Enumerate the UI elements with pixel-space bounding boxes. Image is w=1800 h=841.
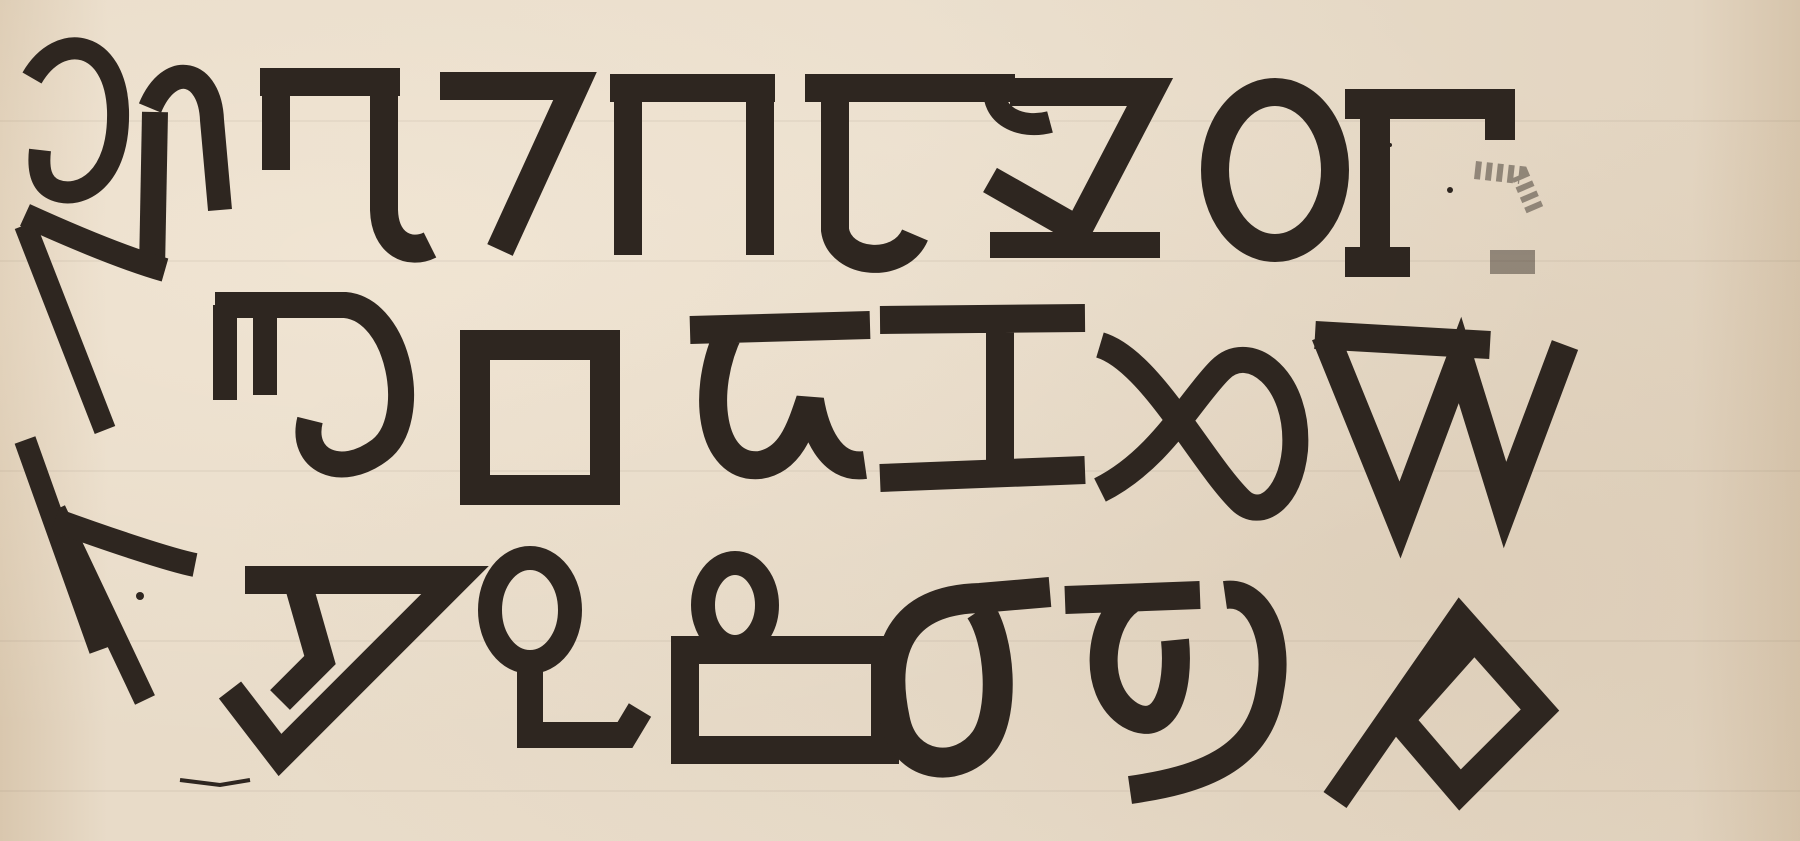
glyph-plate: [0, 0, 1800, 841]
glyph-reversed-c-hook: [32, 48, 118, 192]
glyph-tau-bar: [880, 318, 1085, 478]
glyph-inverted-w: [1315, 335, 1565, 520]
glyph-pi: [610, 86, 775, 255]
glyph-ankh-l: [490, 558, 640, 735]
glyph-double-chevron: [25, 440, 195, 700]
glyph-seven: [440, 86, 575, 250]
glyph-faded-fragment: [1475, 170, 1535, 262]
glyph-nested-triangle: [230, 580, 455, 755]
glyph-gamma-hook: [260, 80, 430, 249]
glyph-omicron: [1215, 92, 1335, 248]
parchment-page: [0, 0, 1800, 841]
glyph-loop-cross: [1335, 620, 1540, 800]
glyph-square: [475, 345, 605, 490]
glyph-comb-spiral: [215, 305, 401, 464]
glyph-sigma: [890, 592, 1050, 763]
glyph-omega-bar: [690, 325, 870, 465]
glyph-sigma-loop: [1065, 595, 1273, 790]
glyph-n-with-tail: [150, 77, 220, 270]
glyph-gamma: [1345, 102, 1500, 262]
glyph-chi-loop: [1100, 345, 1295, 508]
glyph-circle-on-box: [685, 563, 885, 750]
